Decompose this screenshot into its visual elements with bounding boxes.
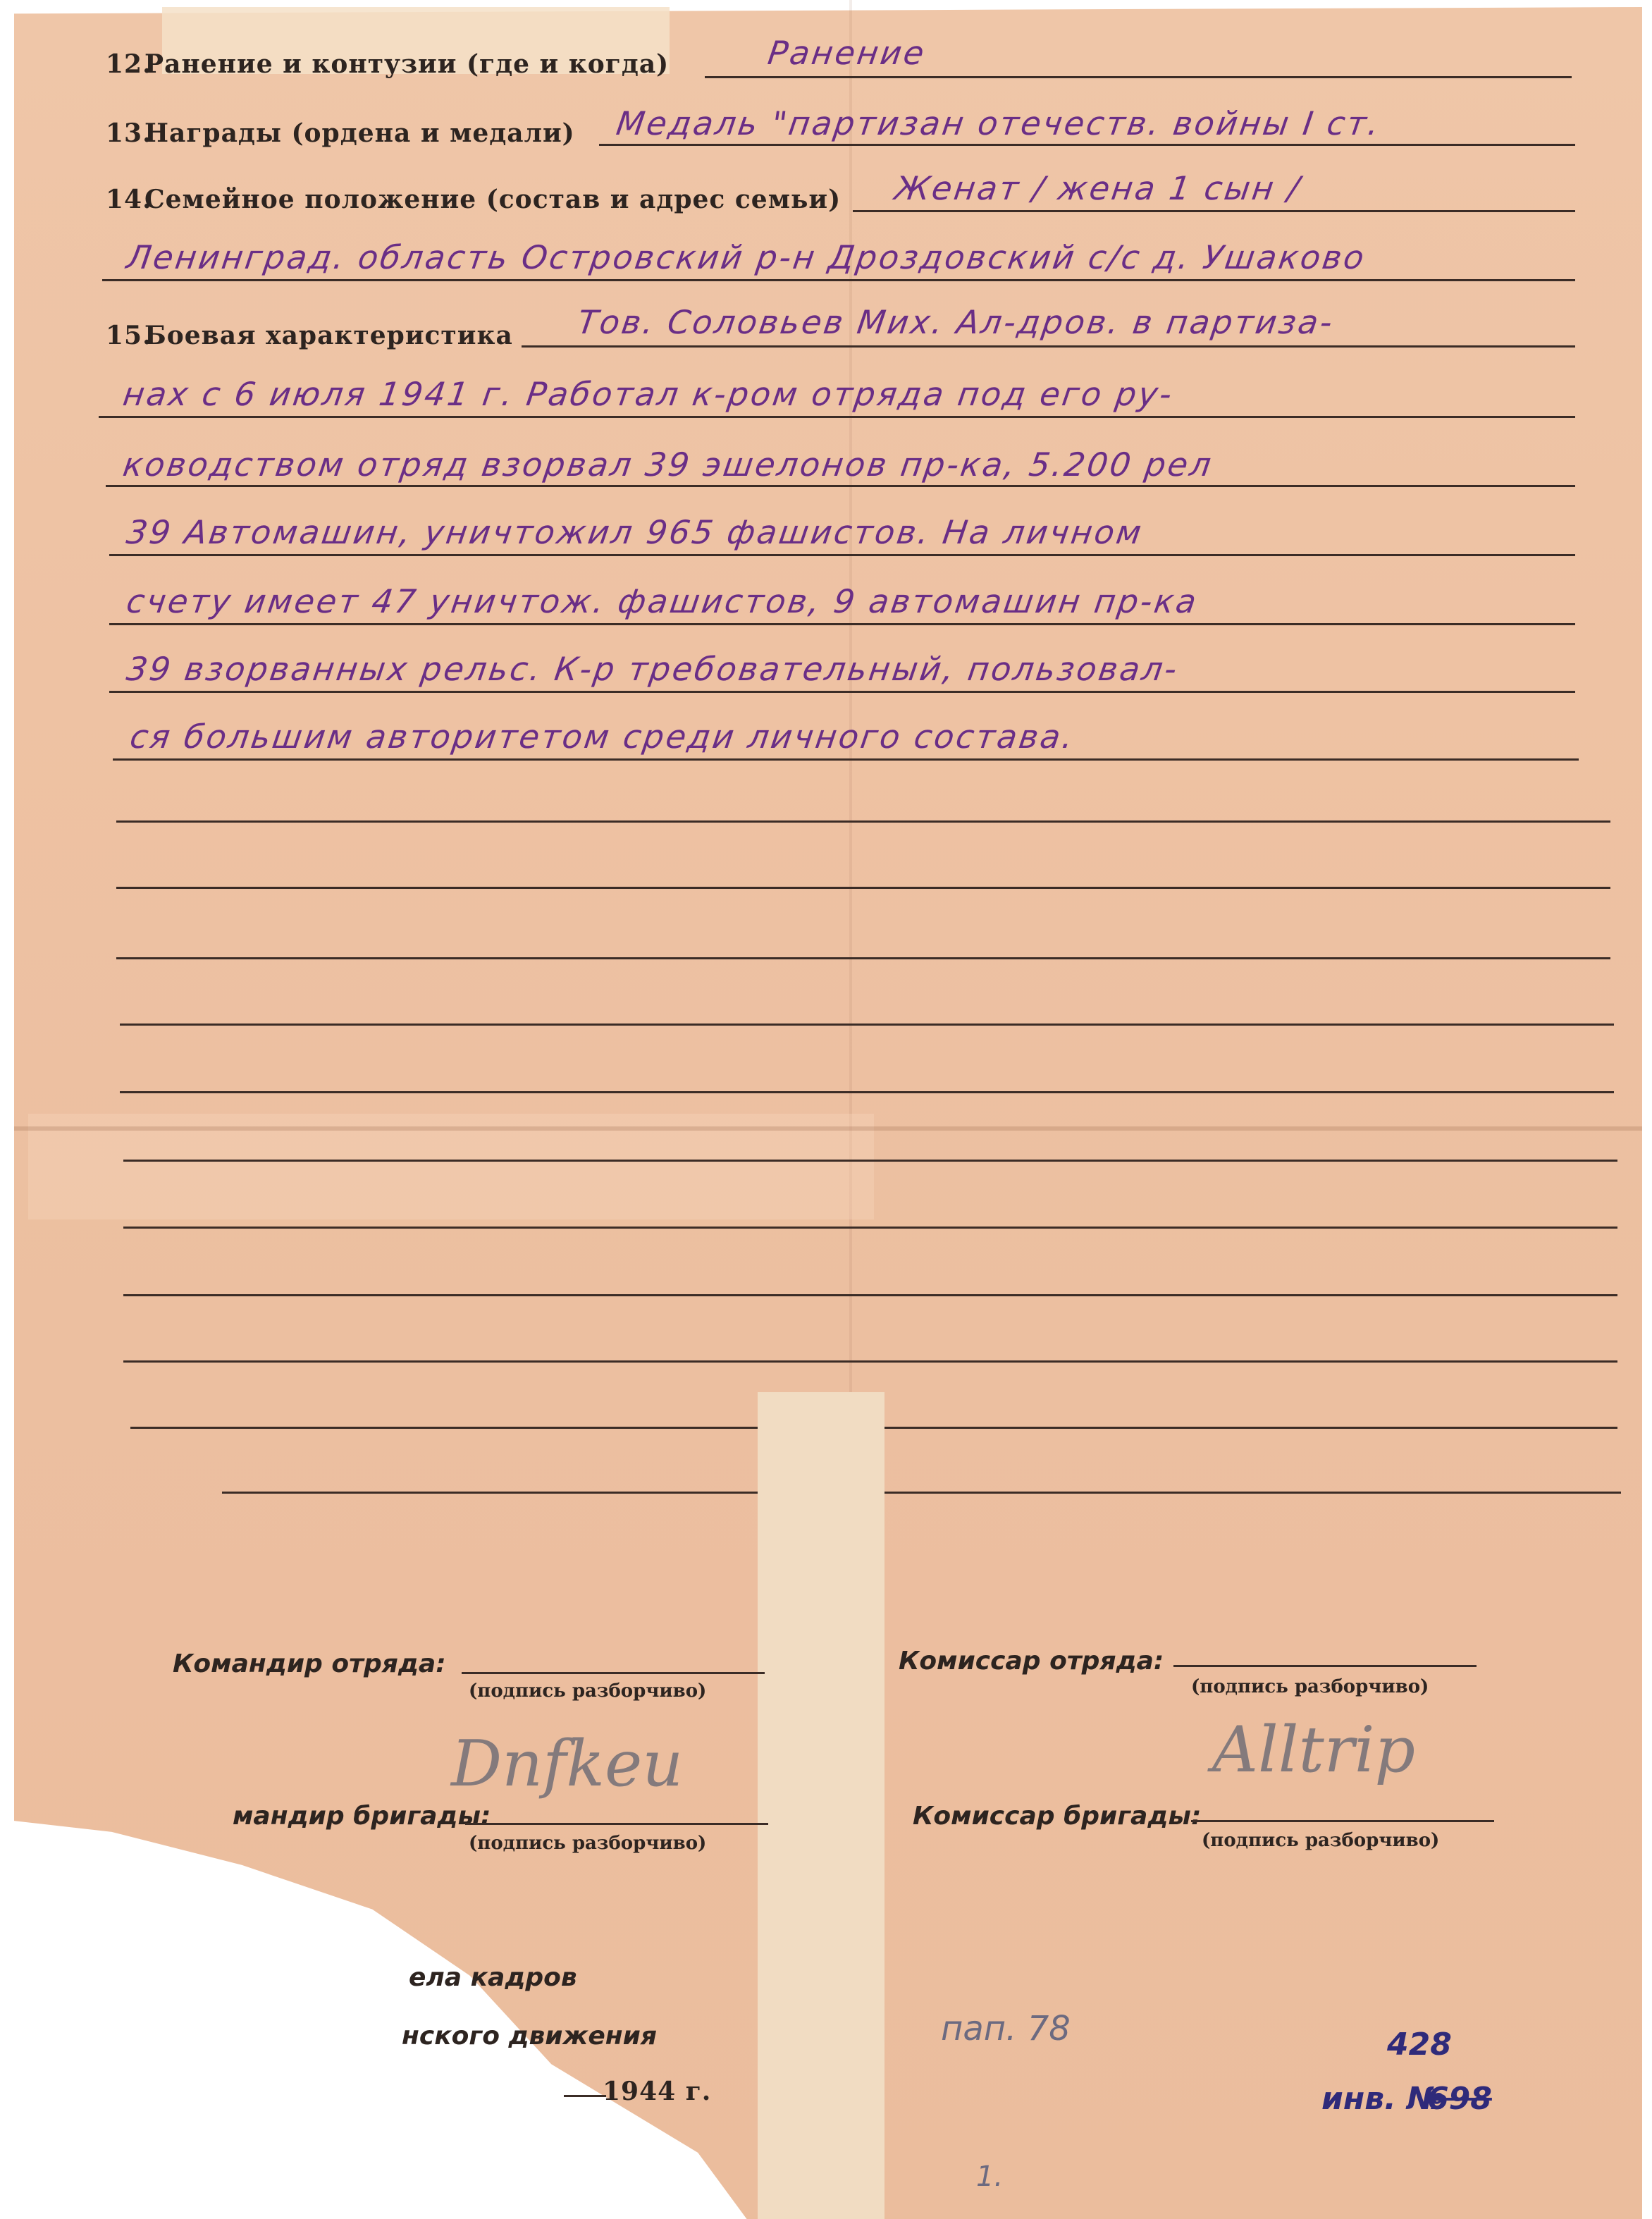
field-13-rule [599,144,1575,146]
commissar-brigade-label: Комиссар бригады: [913,1802,1201,1831]
scanned-document-page: 12. Ранение и контузии (где и когда) Ран… [0,0,1652,2219]
char-rule-1 [99,416,1575,418]
pencil-mark: 1. [976,2160,1003,2193]
commander-detachment-caption: (подпись разборчиво) [469,1680,706,1702]
field-15-rule [522,345,1575,348]
pencil-note: пап. 78 [941,2009,1071,2048]
empty-rule [120,1024,1614,1026]
empty-rule [222,1492,1621,1494]
commander-brigade-label: мандир бригады: [233,1802,491,1831]
empty-rule [116,957,1610,959]
footer-movement-line: нского движения [402,2022,657,2051]
char-rule-6 [113,758,1579,761]
inventory-label: инв. № [1321,2081,1444,2117]
commissar-detachment-label: Комиссар отряда: [899,1647,1164,1676]
footer-dept-line: ела кадров [409,1963,577,1992]
empty-rule [120,1091,1614,1093]
field-12-value: Ранение [765,34,928,72]
field-13-value: Медаль "партизан отечеств. войны I ст. [614,104,1383,142]
footer-date-rule [564,2095,606,2097]
empty-rule [123,1294,1617,1296]
field-14-label: Семейное положение (состав и адрес семьи… [144,185,841,214]
inventory-new-number: 428 [1387,2027,1452,2063]
field-12-label: Ранение и контузии (где и когда) [144,49,669,79]
field-14-rule [853,210,1575,212]
commissar-brigade-rule [1191,1820,1494,1822]
char-rule-2 [106,485,1575,487]
address-rule [102,279,1575,281]
commissar-detachment-caption: (подпись разборчиво) [1191,1676,1429,1697]
empty-rule [123,1160,1617,1162]
commander-detachment-label: Командир отряда: [173,1649,446,1678]
characteristic-line-1: нах с 6 июля 1941 г. Работал к-ром отряд… [121,375,1176,413]
commander-brigade-signature: Dnfkeu [451,1727,683,1801]
commander-brigade-caption: (подпись разборчиво) [469,1833,706,1854]
inventory-old-number: 698 [1427,2081,1492,2117]
char-rule-3 [109,554,1575,556]
footer-date: 1944 г. [603,2077,711,2106]
characteristic-line-4: счету имеет 47 уничтож. фашистов, 9 авто… [124,582,1200,620]
characteristic-line-6: ся большим авторитетом среди личного сос… [128,718,1078,756]
empty-rule [116,887,1610,889]
field-15-label: Боевая характеристика [144,321,513,350]
tape-repair-vertical-strip [758,1392,884,2219]
commissar-brigade-signature: Alltrip [1212,1713,1415,1787]
commander-detachment-rule [462,1672,765,1674]
characteristic-line-5: 39 взорванных рельс. К-р требовательный,… [124,650,1181,688]
commissar-brigade-caption: (подпись разборчиво) [1202,1830,1439,1851]
commissar-detachment-rule [1173,1665,1477,1667]
field-15-value: Тов. Соловьев Мих. Ал-дров. в партиза- [575,303,1336,341]
empty-rule [123,1227,1617,1229]
char-rule-5 [109,691,1575,693]
field-12-rule [705,76,1572,78]
char-rule-4 [109,623,1575,625]
family-address: Ленинград. область Островский р-н Дроздо… [124,238,1368,276]
characteristic-line-3: 39 Автомашин, уничтожил 965 фашистов. На… [124,513,1145,551]
empty-rule [116,820,1610,823]
field-14-value: Женат / жена 1 сын / [892,169,1304,207]
commander-brigade-rule [465,1823,768,1825]
empty-rule [123,1360,1617,1363]
field-13-label: Награды (ордена и медали) [144,118,575,148]
characteristic-line-2: ководством отряд взорвал 39 эшелонов пр-… [121,445,1215,484]
horizontal-tear-repair [14,1126,1642,1131]
